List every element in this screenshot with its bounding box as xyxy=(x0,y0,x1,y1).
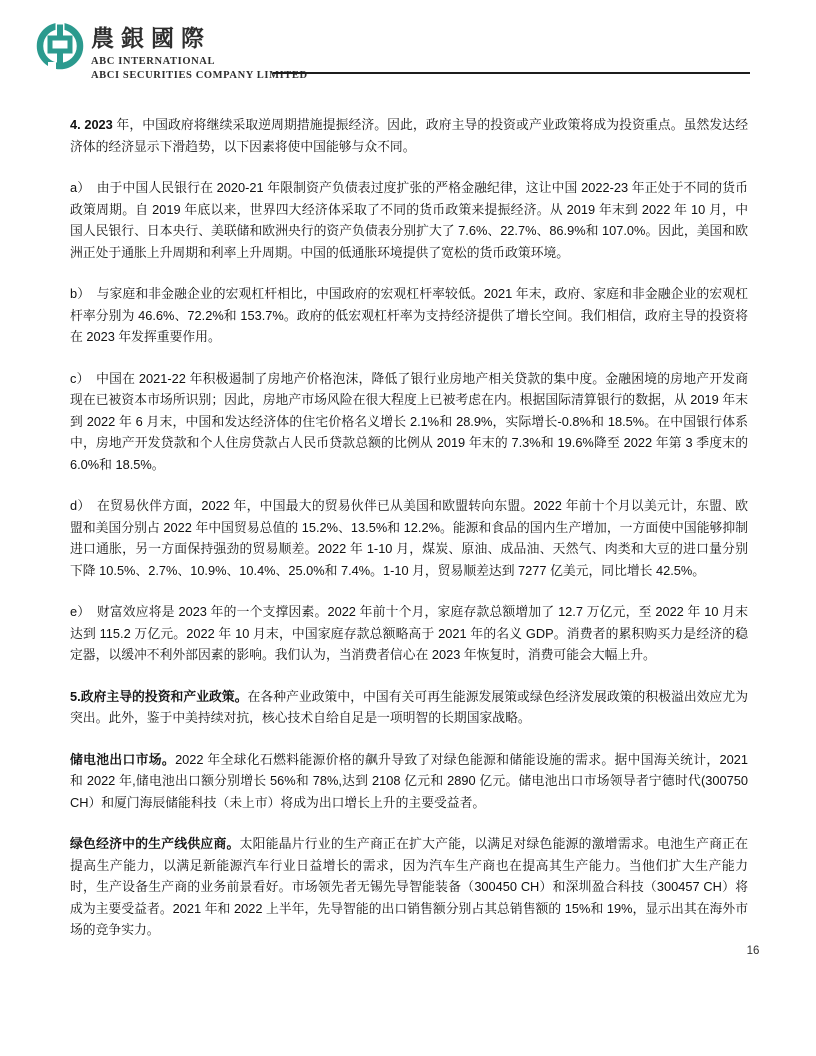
paragraph-battery-export: 储电池出口市场。2022 年全球化石燃料能源价格的飙升导致了对绿色能源和储能设施… xyxy=(70,749,748,814)
paragraph-item-e: e） 财富效应将是 2023 年的一个支撑因素。2022 年前十个月，家庭存款总… xyxy=(70,601,748,666)
paragraph-point-5: 5.政府主导的投资和产业政策。在各种产业政策中，中国有关可再生能源发展策或绿色经… xyxy=(70,686,748,729)
paragraph-text: d） 在贸易伙伴方面，2022 年，中国最大的贸易伙伴已从美国和欧盟转向东盟。2… xyxy=(70,498,748,578)
report-body: 4. 2023 年，中国政府将继续采取逆周期措施提振经济。因此，政府主导的投资或… xyxy=(70,114,748,961)
header-rule xyxy=(273,72,750,74)
report-page: 農銀國際 ABC INTERNATIONAL ABCI SECURITIES C… xyxy=(0,0,816,1056)
paragraph-item-d: d） 在贸易伙伴方面，2022 年，中国最大的贸易伙伴已从美国和欧盟转向东盟。2… xyxy=(70,495,748,581)
paragraph-text: b） 与家庭和非金融企业的宏观杠杆相比，中国政府的宏观杠杆率较低。2021 年末… xyxy=(70,286,748,344)
paragraph-lead: 4. 2023 xyxy=(70,117,113,132)
paragraph-point-4: 4. 2023 年，中国政府将继续采取逆周期措施提振经济。因此，政府主导的投资或… xyxy=(70,114,748,157)
paragraph-text: e） 财富效应将是 2023 年的一个支撑因素。2022 年前十个月，家庭存款总… xyxy=(70,604,748,662)
paragraph-lead: 绿色经济中的生产线供应商。 xyxy=(70,836,240,851)
paragraph-lead: 储电池出口市场。 xyxy=(70,752,175,767)
paragraph-text: 年，中国政府将继续采取逆周期措施提振经济。因此，政府主导的投资或产业政策将成为投… xyxy=(70,117,748,154)
brand-name-english: ABC INTERNATIONAL xyxy=(91,55,308,69)
brand-name-chinese: 農銀國際 xyxy=(91,26,308,52)
paragraph-text: c） 中国在 2021-22 年积极遏制了房地产价格泡沫，降低了银行业房地产相关… xyxy=(70,371,748,472)
abc-bank-logo-icon xyxy=(36,22,84,72)
paragraph-text: 太阳能晶片行业的生产商正在扩大产能，以满足对绿色能源的激增需求。电池生产商正在提… xyxy=(70,836,748,937)
paragraph-item-b: b） 与家庭和非金融企业的宏观杠杆相比，中国政府的宏观杠杆率较低。2021 年末… xyxy=(70,283,748,348)
paragraph-lead: 5.政府主导的投资和产业政策。 xyxy=(70,689,248,704)
page-number: 16 xyxy=(738,945,768,957)
paragraph-green-economy: 绿色经济中的生产线供应商。太阳能晶片行业的生产商正在扩大产能，以满足对绿色能源的… xyxy=(70,833,748,941)
paragraph-item-a: a） 由于中国人民银行在 2020-21 年限制资产负债表过度扩张的严格金融纪律… xyxy=(70,177,748,263)
report-header: 農銀國際 ABC INTERNATIONAL ABCI SECURITIES C… xyxy=(36,22,308,83)
paragraph-text: a） 由于中国人民银行在 2020-21 年限制资产负债表过度扩张的严格金融纪律… xyxy=(70,180,748,260)
paragraph-item-c: c） 中国在 2021-22 年积极遏制了房地产价格泡沫，降低了银行业房地产相关… xyxy=(70,368,748,476)
